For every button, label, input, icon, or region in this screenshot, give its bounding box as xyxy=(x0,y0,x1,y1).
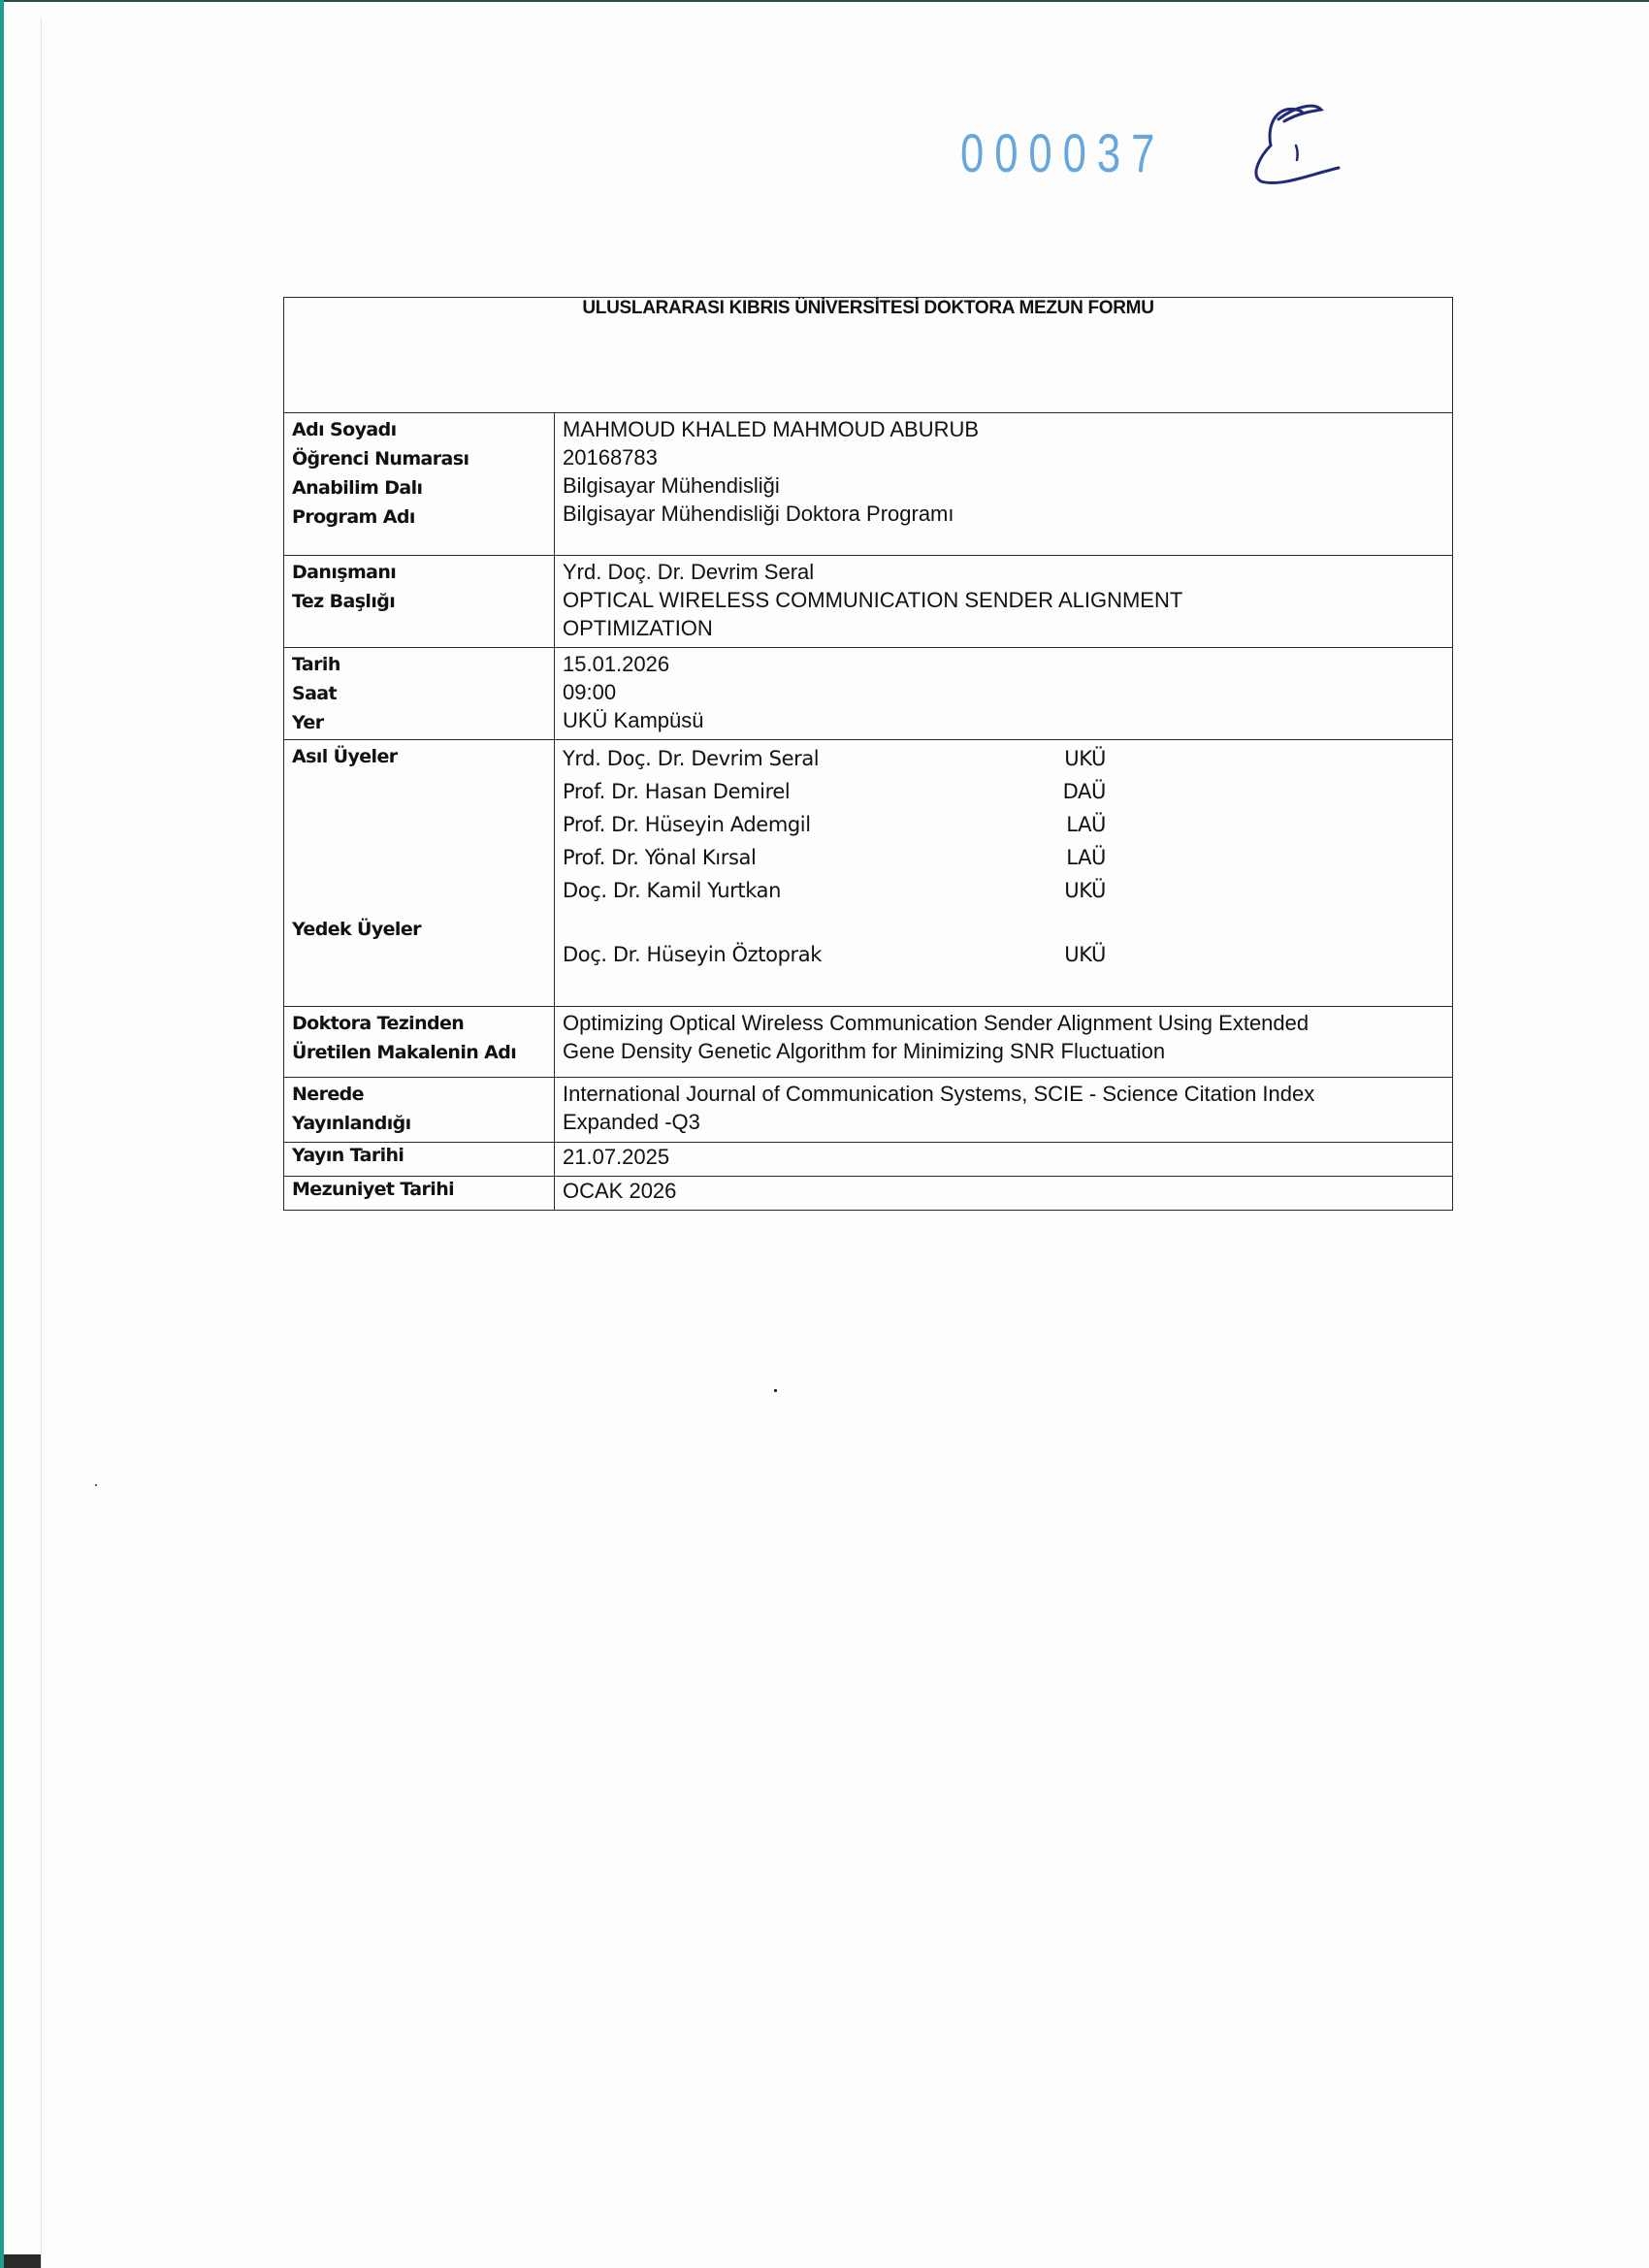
advisor-name: Yrd. Doç. Dr. Devrim Seral xyxy=(563,558,1444,586)
defense-date: 15.01.2026 xyxy=(563,650,1444,678)
schedule-row: Tarih Saat Yer 15.01.2026 09:00 UKÜ Kamp… xyxy=(284,648,1453,740)
label-program: Program Adı xyxy=(292,502,546,532)
label-graduation-date: Mezuniyet Tarihi xyxy=(284,1177,555,1211)
member-institution: UKÜ xyxy=(1038,938,1106,971)
speck xyxy=(95,1484,97,1486)
member-name: Prof. Dr. Hüseyin Ademgil xyxy=(563,808,1038,841)
label-department: Anabilim Dalı xyxy=(292,473,546,502)
schedule-values: 15.01.2026 09:00 UKÜ Kampüsü xyxy=(555,648,1453,740)
reserve-member: Doç. Dr. Hüseyin Öztoprak UKÜ xyxy=(563,938,1444,971)
label-name: Adı Soyadı xyxy=(292,415,546,444)
member-name: Prof. Dr. Hasan Demirel xyxy=(563,775,1038,808)
label-student-number: Öğrenci Numarası xyxy=(292,444,546,473)
doctoral-graduate-form-table: ULUSLARARASI KIBRIS ÜNİVERSİTESİ DOKTORA… xyxy=(283,297,1453,1211)
graduation-date: OCAK 2026 xyxy=(555,1177,1453,1211)
label-advisor: Danışmanı xyxy=(292,558,546,587)
thesis-title-line2: OPTIMIZATION xyxy=(563,614,1444,642)
jury-member: Prof. Dr. Hasan Demirel DAÜ xyxy=(563,775,1444,808)
jury-labels: Asıl Üyeler Yedek Üyeler xyxy=(284,740,555,1007)
label-reserve-members: Yedek Üyeler xyxy=(292,915,546,944)
scan-edge-top xyxy=(0,0,1649,2)
label-article-line1: Doktora Tezinden xyxy=(292,1009,546,1038)
scan-corner xyxy=(4,2254,41,2268)
article-title-line1: Optimizing Optical Wireless Communicatio… xyxy=(563,1009,1444,1037)
jury-values: Yrd. Doç. Dr. Devrim Seral UKÜ Prof. Dr.… xyxy=(555,740,1453,1007)
member-name: Doç. Dr. Kamil Yurtkan xyxy=(563,874,1038,907)
member-institution: LAÜ xyxy=(1038,841,1106,874)
jury-member: Doç. Dr. Kamil Yurtkan UKÜ xyxy=(563,874,1444,907)
jury-member: Prof. Dr. Hüseyin Ademgil LAÜ xyxy=(563,808,1444,841)
publication-date-row: Yayın Tarihi 21.07.2025 xyxy=(284,1143,1453,1177)
journal-line1: International Journal of Communication S… xyxy=(563,1080,1444,1108)
defense-place: UKÜ Kampüsü xyxy=(563,706,1444,734)
member-institution: UKÜ xyxy=(1038,742,1106,775)
student-name: MAHMOUD KHALED MAHMOUD ABURUB xyxy=(563,415,1444,443)
defense-time: 09:00 xyxy=(563,678,1444,706)
page-edge-shadow xyxy=(41,17,42,2268)
form-title: ULUSLARARASI KIBRIS ÜNİVERSİTESİ DOKTORA… xyxy=(284,298,1453,413)
member-institution: DAÜ xyxy=(1038,775,1106,808)
page-number-stamp: 000037 xyxy=(960,121,1165,184)
jury-row: Asıl Üyeler Yedek Üyeler Yrd. Doç. Dr. D… xyxy=(284,740,1453,1007)
label-publication-date: Yayın Tarihi xyxy=(284,1143,555,1177)
identity-labels: Adı Soyadı Öğrenci Numarası Anabilim Dal… xyxy=(284,413,555,556)
speck xyxy=(774,1389,777,1392)
schedule-labels: Tarih Saat Yer xyxy=(284,648,555,740)
label-published-line1: Nerede xyxy=(292,1080,546,1109)
advisor-row: Danışmanı Tez Başlığı Yrd. Doç. Dr. Devr… xyxy=(284,556,1453,648)
signature-initial-icon xyxy=(1242,92,1348,189)
published-values: International Journal of Communication S… xyxy=(555,1078,1453,1143)
article-title-line2: Gene Density Genetic Algorithm for Minim… xyxy=(563,1037,1444,1065)
published-labels: Nerede Yayınlandığı xyxy=(284,1078,555,1143)
identity-row: Adı Soyadı Öğrenci Numarası Anabilim Dal… xyxy=(284,413,1453,556)
member-institution: UKÜ xyxy=(1038,874,1106,907)
article-values: Optimizing Optical Wireless Communicatio… xyxy=(555,1007,1453,1078)
label-date: Tarih xyxy=(292,650,546,679)
jury-member: Yrd. Doç. Dr. Devrim Seral UKÜ xyxy=(563,742,1444,775)
thesis-title-line1: OPTICAL WIRELESS COMMUNICATION SENDER AL… xyxy=(563,586,1444,614)
scan-edge-left xyxy=(0,0,4,2268)
member-name: Prof. Dr. Yönal Kırsal xyxy=(563,841,1038,874)
member-name: Doç. Dr. Hüseyin Öztoprak xyxy=(563,938,1038,971)
label-place: Yer xyxy=(292,708,546,737)
label-main-members: Asıl Üyeler xyxy=(292,742,546,771)
graduation-date-row: Mezuniyet Tarihi OCAK 2026 xyxy=(284,1177,1453,1211)
member-name: Yrd. Doç. Dr. Devrim Seral xyxy=(563,742,1038,775)
advisor-values: Yrd. Doç. Dr. Devrim Seral OPTICAL WIREL… xyxy=(555,556,1453,648)
student-number: 20168783 xyxy=(563,443,1444,471)
published-in-row: Nerede Yayınlandığı International Journa… xyxy=(284,1078,1453,1143)
label-article-line2: Üretilen Makalenin Adı xyxy=(292,1038,546,1067)
article-row: Doktora Tezinden Üretilen Makalenin Adı … xyxy=(284,1007,1453,1078)
label-time: Saat xyxy=(292,679,546,708)
member-institution: LAÜ xyxy=(1038,808,1106,841)
publication-date: 21.07.2025 xyxy=(555,1143,1453,1177)
label-published-line2: Yayınlandığı xyxy=(292,1109,546,1138)
advisor-labels: Danışmanı Tez Başlığı xyxy=(284,556,555,648)
jury-member: Prof. Dr. Yönal Kırsal LAÜ xyxy=(563,841,1444,874)
journal-line2: Expanded -Q3 xyxy=(563,1108,1444,1136)
identity-values: MAHMOUD KHALED MAHMOUD ABURUB 20168783 B… xyxy=(555,413,1453,556)
department: Bilgisayar Mühendisliği xyxy=(563,471,1444,500)
label-thesis-title: Tez Başlığı xyxy=(292,587,546,616)
article-labels: Doktora Tezinden Üretilen Makalenin Adı xyxy=(284,1007,555,1078)
program-name: Bilgisayar Mühendisliği Doktora Programı xyxy=(563,500,1444,528)
